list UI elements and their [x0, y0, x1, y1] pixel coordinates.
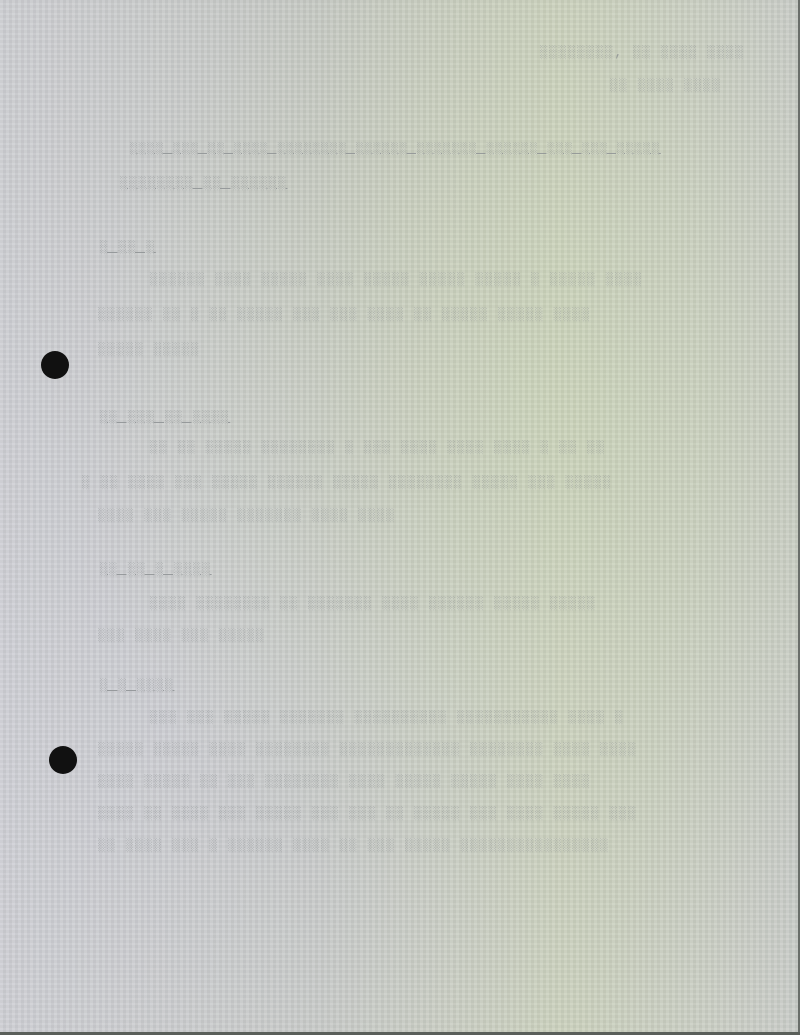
body-line: ░░░ ░░░ ░░░░░ ░░░░░░░ ░░░░░░░░░░ ░░░░░░░…	[150, 710, 624, 725]
body-line: ░░░░ ░░░░░ ░░ ░░░ ░░░░░░░░ ░░░░ ░░░░░ ░░…	[98, 774, 591, 789]
body-line: ░░░ ░░░░ ░░░ ░░░░░	[98, 628, 265, 643]
header-line: ░░ ░░░░ ░░░░	[610, 78, 722, 93]
body-line: ░░░░░ ░░░░░ ░░░░ ░░░░░░░░ ░░░░░░░░░░░░░ …	[98, 742, 637, 757]
section-heading: ░░ ░░ ░ ░░░░	[100, 562, 212, 577]
body-line: ░░░░ ░░░░░░░░ ░░ ░░░░░░░ ░░░░ ░░░░░░ ░░░…	[150, 596, 596, 611]
title-line: ░░░░ ░░░ ░░ ░░░░ ░░░░░░░░ ░░░░░░ ░░░░░░░…	[130, 142, 661, 156]
body-line: ░░░░░ ░░░░░	[98, 342, 200, 357]
title-line: ░░░░░░░░ ░░ ░░░░░░	[120, 176, 287, 191]
header-line: ░░░░░░░░, ░░ ░░░░ ░░░░	[540, 45, 745, 60]
body-line: ░░ ░░░░ ░░░ ░ ░░░░░░ ░░░░ ░░ ░░░ ░░░░░ ░…	[98, 838, 610, 853]
section-heading: ░ ░░ ░	[100, 240, 156, 255]
binder-hole	[49, 746, 77, 774]
body-line: ░░░░ ░░ ░░░░ ░░░ ░░░░░ ░░░ ░░░ ░░ ░░░░░ …	[98, 806, 637, 821]
body-line: ░░░░ ░░░ ░░░░░ ░░░░░░░ ░░░░ ░░░░	[98, 508, 396, 523]
body-line: ░░ ░░ ░░░░░ ░░░░░░░░ ░ ░░░ ░░░░ ░░░░ ░░░…	[150, 440, 606, 455]
binder-hole	[41, 351, 69, 379]
section-heading: ░ ░ ░░░░	[100, 678, 174, 693]
section-heading: ░░ ░░░ ░░ ░░░░	[100, 410, 230, 425]
body-line: ░░░░░░ ░░░░ ░░░░░ ░░░░ ░░░░░ ░░░░░ ░░░░░…	[150, 272, 643, 287]
body-line: ░░░░░░ ░░ ░ ░░ ░░░░░ ░░░ ░░░ ░░░░ ░░ ░░░…	[98, 307, 591, 322]
body-line: ░ ░░ ░░░░ ░░░ ░░░░░ ░░░░░░ ░░░░░ ░░░░░░░…	[82, 475, 612, 490]
